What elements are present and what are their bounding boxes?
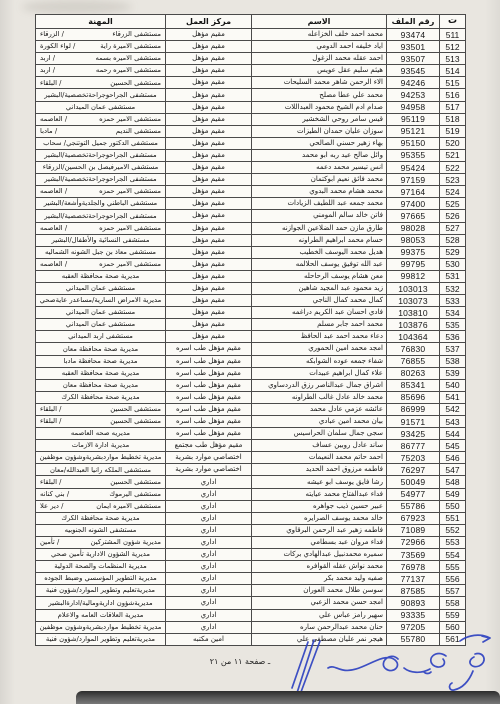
cell-name: معن هشام يوسف الرحاحله [252,270,387,282]
cell-file-number: 76978 [387,561,440,573]
table-row: 55993335سهير رامز عباس علياداريمديرية ال… [36,609,466,621]
cell-profession: مديريةتعليم وتطوير الموارد/شؤون فنية [36,585,166,597]
cell-serial: 544 [440,428,466,440]
table-row: 54586777ساند عادل روبين عسافمقيم مؤهل طب… [36,440,466,452]
table-row: 55271089فاطمه زهير عبد الرحمن البرقاوياد… [36,524,466,536]
cell-name: دعاء محمد احمد عبد الحافظ [252,331,387,343]
cell-profession: مستشفى عمان الميداني [36,307,166,319]
cell-serial: 515 [440,77,466,89]
cell-profession: مستشفى الشونه الجنوبيه [36,524,166,536]
cell-file-number: 67923 [387,512,440,524]
cell-work-center: مقيم مؤهل [166,149,252,161]
cell-profession: مستشفى النسائية والأطفال/البشير [36,234,166,246]
table-row: 533103073كمال محمد كمال الناجيمقيم مؤهلم… [36,295,466,307]
cell-work-center: اداري [166,524,252,536]
cell-file-number: 54977 [387,488,440,500]
cell-serial: 523 [440,174,466,186]
cell-serial: 547 [440,464,466,476]
cell-file-number: 93474 [387,29,440,41]
cell-file-number: 95424 [387,162,440,174]
cell-file-number: 86777 [387,440,440,452]
cell-file-number: 99375 [387,246,440,258]
cell-name: هديل محمد اليوسف الخطيب [252,246,387,258]
cell-work-center: مقيم مؤهل [166,65,252,77]
cell-work-center: اداري [166,512,252,524]
header-serial: ت [440,15,466,29]
cell-profession: مستشفى النديم/ مادبا [36,125,166,137]
cell-serial: 525 [440,198,466,210]
cell-work-center: اداري [166,609,252,621]
cell-work-center: مقيم مؤهل [166,29,252,41]
cell-profession: مديرية صحة محافظة العقبه [36,367,166,379]
cell-name: محمد هشام محمد البدوي [252,186,387,198]
cell-profession: مديرية صحة محافظة معان [36,343,166,355]
table-row: 52697665فاتن خالد سالم المومنيمقيم مؤهلم… [36,210,466,222]
cell-file-number: 97665 [387,210,440,222]
cell-name: اشراق جمال عبدالناصر رزق الدردساوي [252,379,387,391]
cell-profession: مستشفى عمان الميداني [36,319,166,331]
cell-profession: مستشفى معاذ بن جبل الشونه الشماليه [36,246,166,258]
cell-work-center: مقيم مؤهل طب اسره [166,367,252,379]
cell-file-number: 73569 [387,549,440,561]
cell-file-number: 86999 [387,403,440,415]
cell-name: هيثم سليم عقل عويس [252,65,387,77]
cell-name: صفيه وليد محمد بكر [252,573,387,585]
cell-serial: 517 [440,101,466,113]
cell-file-number: 97400 [387,198,440,210]
cell-profession: مديرية تخطيط مواردبشريةوشؤون موظفين [36,452,166,464]
cell-name: محمد جمعه عبد اللطيف الزيادات [252,198,387,210]
cell-work-center: مقيم مؤهل طب مجتمع [166,440,252,452]
cell-profession: مستشفى الحسين/ البلقاء [36,77,166,89]
cell-serial: 519 [440,125,466,137]
cell-profession: مستشفى الزرقاء/ الزرقاء [36,29,166,41]
cell-profession: مستشفى الحسين/ البلقاء [36,416,166,428]
cell-file-number: 93335 [387,609,440,621]
table-row: 54675203احمد حاتم محمد النعيماتاختصاصي م… [36,452,466,464]
cell-work-center: مقيم مؤهل [166,162,252,174]
cell-work-center: مقيم مؤهل [166,198,252,210]
table-row: 52397159محمد فائق نعيم ابوكتمانمقيم مؤهل… [36,174,466,186]
cell-work-center: مقيم مؤهل [166,77,252,89]
table-body: 51193474محمد احمد خلف الخزاعلهمقيم مؤهلم… [36,29,466,646]
cell-profession: مديرية صحة محافظة الكرك [36,512,166,524]
table-row: 55372966فداء مروان عبد بسطامياداريمديرية… [36,536,466,548]
cell-name: محمد احمد جابر مسلم [252,319,387,331]
cell-serial: 529 [440,246,466,258]
cell-serial: 518 [440,113,466,125]
cell-profession: مديرية شؤون المشتركين/ تأمين [36,536,166,548]
cell-serial: 513 [440,53,466,65]
cell-file-number: 85341 [387,379,440,391]
cell-profession: مديرية الامراض السارية/مساعدر عايةصحي [36,295,166,307]
cell-name: قيس سامر روحي الشخشير [252,113,387,125]
cell-work-center: امين مكتبه [166,633,252,645]
cell-serial: 534 [440,307,466,319]
cell-work-center: مقيم مؤهل [166,222,252,234]
cell-work-center: مقيم مؤهل طب اسره [166,355,252,367]
cell-name: كمال محمد كمال الناجي [252,295,387,307]
table-row: 52095150بهاء زهير حسني الصالحيمقيم مؤهلم… [36,137,466,149]
cell-serial: 521 [440,149,466,161]
scanned-document-page: ت رقم الملف الاسم مركز العمل المهنة 5119… [0,0,500,704]
cell-name: طارق مازن حمد الضلاعين الجوازنه [252,222,387,234]
cell-name: سوسن طلال محمد العوران [252,585,387,597]
cell-file-number: 97159 [387,174,440,186]
cell-serial: 524 [440,186,466,198]
cell-name: ساند عادل روبين عساف [252,440,387,452]
cell-work-center: مقيم مؤهل طب اسره [166,428,252,440]
cell-name: زيد محمود عبد المجيد شاهين [252,282,387,294]
cell-work-center: مقيم مؤهل [166,331,252,343]
cell-name: صدام ادم الشيخ محمود العبداللات [252,101,387,113]
cell-serial: 546 [440,452,466,464]
cell-work-center: مقيم مؤهل [166,234,252,246]
cell-file-number: 104364 [387,331,440,343]
cell-name: احمد حاتم محمد النعيمات [252,452,387,464]
cell-name: محمد فائق نعيم ابوكتمان [252,174,387,186]
table-row: 532103013زيد محمود عبد المجيد شاهينمقيم … [36,282,466,294]
cell-profession: مديرية الشؤون الادارية تأمين صحي [36,549,166,561]
table-row: 55055786عبير حسين ذيب جواهرهاداريمستشفى … [36,500,466,512]
cell-work-center: مقيم مؤهل طب اسره [166,403,252,415]
cell-profession: مستشفى الاميرة راية/ لواء الكورة [36,41,166,53]
cell-profession: مديريةشؤون اداريةومالية/ادارةالبشير [36,597,166,609]
cell-file-number: 99795 [387,258,440,270]
cell-name: عبد الله توفيق يوسف الحلالمه [252,258,387,270]
cell-work-center: مقيم مؤهل [166,137,252,149]
header-work-center: مركز العمل [166,15,252,29]
table-row: 51694253محمد علي عطا مصلحمقيم مؤهلمستشفى… [36,89,466,101]
cell-serial: 520 [440,137,466,149]
cell-serial: 532 [440,282,466,294]
cell-work-center: مقيم مؤهل [166,295,252,307]
cell-work-center: اداري [166,561,252,573]
cell-work-center: اختصاصي موارد بشرية [166,464,252,476]
cell-work-center: اداري [166,500,252,512]
header-file-number: رقم الملف [387,15,440,29]
cell-profession: مستشفى الحسين/ البلقاء [36,403,166,415]
cell-work-center: مقيم مؤهل طب اسره [166,343,252,355]
cell-serial: 549 [440,488,466,500]
cell-serial: 551 [440,512,466,524]
table-row: 52898053حسام محمد ابراهيم الطراونهمقيم م… [36,234,466,246]
cell-file-number: 55786 [387,500,440,512]
cell-work-center: اداري [166,621,252,633]
cell-name: سجى جمال سلمان الحراسيس [252,428,387,440]
table-row: 54850049رشا فايق يوسف ابو عيشهاداريمستشف… [36,476,466,488]
cell-serial: 548 [440,476,466,488]
cell-file-number: 76830 [387,343,440,355]
table-row: 54954977فداء عبدالفتاح محمد عيايتهاداريم… [36,488,466,500]
cell-profession: مديرية صحة محافظة مادبا [36,355,166,367]
table-row: 536104364دعاء محمد احمد عبد الحافظمقيم م… [36,331,466,343]
table-row: 53199812معن هشام يوسف الرحاحلهمقيم مؤهلم… [36,270,466,282]
cell-profession: مستشفى الدكتور جميل التوتنجي/ سحاب [36,137,166,149]
cell-profession: مديرية تخطيط مواردبشريةوشؤون موظفين [36,621,166,633]
cell-name: محمد احمد خلف الخزاعله [252,29,387,41]
cell-profession: مستشفى الحسين/ البلقاء [36,476,166,488]
cell-work-center: مقيم مؤهل [166,174,252,186]
table-row: 51895119قيس سامر روحي الشخشيرمقيم مؤهلمس… [36,113,466,125]
cell-profession: مستشفى الاميره بسمه/ اربد [36,53,166,65]
cell-profession: مستشفى الجراحوجراحةتخصصية/البشير [36,174,166,186]
cell-serial: 550 [440,500,466,512]
cell-file-number: 103013 [387,282,440,294]
cell-profession: مديريةتعليم وتطوير الموارد/شؤون فنية [36,633,166,645]
cell-serial: 539 [440,367,466,379]
table-row: 53980263علاء كمال ابراهيم عبيداتمقيم مؤه… [36,367,466,379]
cell-serial: 516 [440,89,466,101]
table-row: 54776297فاطمه مرزوق احمد الحديداختصاصي م… [36,464,466,476]
cell-profession: مستشفى الباطني والجلديةوأشعة/البشير [36,198,166,210]
cell-file-number: 50049 [387,476,440,488]
cell-serial: 540 [440,379,466,391]
cell-profession: مستشفى الامير حمزه/ العاصمه [36,113,166,125]
cell-name: فاطمه مرزوق احمد الحديد [252,464,387,476]
cell-serial: 555 [440,561,466,573]
cell-profession: مستشفى عمان الميداني [36,282,166,294]
cell-serial: 533 [440,295,466,307]
cell-name: بيان محمد امين عبادي [252,416,387,428]
cell-work-center: مقيم مؤهل [166,89,252,101]
table-row: 53876855شفاء جمعه عوده الشوابكهمقيم مؤهل… [36,355,466,367]
cell-serial: 512 [440,41,466,53]
table-header-row: ت رقم الملف الاسم مركز العمل المهنة [36,15,466,29]
cell-serial: 511 [440,29,466,41]
cell-serial: 554 [440,549,466,561]
cell-work-center: مقيم مؤهل [166,319,252,331]
cell-name: اياد خليفه احمد الدومي [252,41,387,53]
cell-work-center: اداري [166,476,252,488]
scan-edge-bar [76,691,500,704]
table-row: 55576978محمد نواش عقله القوافرهاداريمدير… [36,561,466,573]
cell-file-number: 97164 [387,186,440,198]
cell-file-number: 77137 [387,573,440,585]
cell-work-center: مقيم مؤهل طب اسره [166,416,252,428]
cell-profession: مستشفى اليرموك/ بني كنانه [36,488,166,500]
cell-file-number: 76855 [387,355,440,367]
cell-work-center: اداري [166,573,252,585]
cell-serial: 553 [440,536,466,548]
table-row: 51193474محمد احمد خلف الخزاعلهمقيم مؤهلم… [36,29,466,41]
cell-profession: مستشفى الامير حمزه/ العاصمه [36,186,166,198]
cell-serial: 530 [440,258,466,270]
cell-profession: مستشفى الاميره ايمان/ دير علا [36,500,166,512]
table-row: 51995121سوزان عليان حمدان الطيزاتمقيم مؤ… [36,125,466,137]
cell-name: فادي احسان عبد الكريم دراغمه [252,307,387,319]
cell-profession: مستشفى الامير حمزه/ العاصمه [36,258,166,270]
cell-name: محمد علي عطا مصلح [252,89,387,101]
cell-file-number: 103876 [387,319,440,331]
cell-work-center: مقيم مؤهل [166,101,252,113]
cell-work-center: اداري [166,585,252,597]
cell-work-center: مقيم مؤهل طب اسره [166,391,252,403]
cell-serial: 528 [440,234,466,246]
cell-work-center: مقيم مؤهل [166,246,252,258]
cell-name: سميره محمدنبيل عبدالهادي بركات [252,549,387,561]
cell-name: سوزان عليان حمدان الطيزات [252,125,387,137]
cell-serial: 543 [440,416,466,428]
table-row: 52295424انس تيسير محمد دعمهمقيم مؤهلمستش… [36,162,466,174]
cell-serial: 526 [440,210,466,222]
cell-file-number: 93545 [387,65,440,77]
cell-name: خالد محمد يوسف الصرايره [252,512,387,524]
table-row: 52597400محمد جمعه عبد اللطيف الزياداتمقي… [36,198,466,210]
cell-file-number: 103810 [387,307,440,319]
cell-file-number: 94958 [387,101,440,113]
cell-file-number: 94253 [387,89,440,101]
cell-profession: مديرية صحة محافظة معان [36,379,166,391]
cell-file-number: 75203 [387,452,440,464]
table-row: 51594246الاء الرحمن شاهر محمد السليحاتمق… [36,77,466,89]
cell-file-number: 87585 [387,585,440,597]
cell-name: رشا فايق يوسف ابو عيشه [252,476,387,488]
cell-file-number: 85696 [387,391,440,403]
cell-name: امجد حسن محمد الزعبي [252,597,387,609]
cell-file-number: 98028 [387,222,440,234]
cell-profession: مديرية العلاقات العامه والاعلام [36,609,166,621]
cell-serial: 537 [440,343,466,355]
cell-work-center: اداري [166,597,252,609]
header-profession: المهنة [36,15,166,29]
cell-serial: 557 [440,585,466,597]
cell-name: حسام محمد ابراهيم الطراونه [252,234,387,246]
cell-file-number: 93501 [387,41,440,53]
table-row: 55890893امجد حسن محمد الزعبياداريمديريةش… [36,597,466,609]
table-row: 51794958صدام ادم الشيخ محمود العبداللاتم… [36,101,466,113]
cell-name: الاء الرحمن شاهر محمد السليحات [252,77,387,89]
cell-work-center: مقيم مؤهل [166,282,252,294]
cell-serial: 542 [440,403,466,415]
cell-name: احمد عقله محمد الزغول [252,53,387,65]
cell-profession: مستشفى الملكه رانيا العبدالله/معان [36,464,166,476]
cell-name: انس تيسير محمد دعمه [252,162,387,174]
cell-serial: 545 [440,440,466,452]
cell-name: فداء مروان عبد بسطامي [252,536,387,548]
cell-name: سهير رامز عباس علي [252,609,387,621]
cell-serial: 535 [440,319,466,331]
cell-work-center: مقيم مؤهل [166,125,252,137]
cell-file-number: 72966 [387,536,440,548]
cell-work-center: اداري [166,536,252,548]
cell-serial: 556 [440,573,466,585]
table-row: 54085341اشراق جمال عبدالناصر رزق الدردسا… [36,379,466,391]
cell-profession: مديرية صحة محافظة الكرك [36,391,166,403]
cell-file-number: 98053 [387,234,440,246]
cell-name: شفاء جمعه عوده الشوابكه [252,355,387,367]
table-row: 55167923خالد محمد يوسف الصرايرهاداريمدير… [36,512,466,524]
scan-smudge [22,0,132,14]
table-row: 51393507احمد عقله محمد الزغولمقيم مؤهلمس… [36,53,466,65]
table-row: 52798028طارق مازن حمد الضلاعين الجوازنهم… [36,222,466,234]
cell-name: بهاء زهير حسني الصالحي [252,137,387,149]
cell-file-number: 80263 [387,367,440,379]
header-name: الاسم [252,15,387,29]
table-row: 55677137صفيه وليد محمد بكراداريمديرية ال… [36,573,466,585]
cell-file-number: 95150 [387,137,440,149]
cell-serial: 552 [440,524,466,536]
table-row: 54493425سجى جمال سلمان الحراسيسمقيم مؤهل… [36,428,466,440]
table-row: 54286999عائشه عزمي عادل محمدمقيم مؤهل طب… [36,403,466,415]
cell-profession: مديرية صحة محافظة العقبه [36,270,166,282]
table-row: 52497164محمد هشام محمد البدويمقيم مؤهلمس… [36,186,466,198]
cell-profession: مستشفى عمان الميداني [36,101,166,113]
cell-name: عائشه عزمي عادل محمد [252,403,387,415]
cell-name: عبير حسين ذيب جواهره [252,500,387,512]
cell-work-center: مقيم مؤهل [166,41,252,53]
cell-file-number: 76297 [387,464,440,476]
table-row: 51493545هيثم سليم عقل عويسمقيم مؤهلمستشف… [36,65,466,77]
cell-name: فاتن خالد سالم المومني [252,210,387,222]
table-row: 55787585سوسن طلال محمد العوراناداريمديري… [36,585,466,597]
cell-work-center: مقيم مؤهل [166,307,252,319]
cell-serial: 559 [440,609,466,621]
employee-table: ت رقم الملف الاسم مركز العمل المهنة 5119… [35,14,466,646]
cell-work-center: مقيم مؤهل [166,270,252,282]
cell-file-number: 93507 [387,53,440,65]
cell-work-center: مقيم مؤهل [166,258,252,270]
cell-work-center: اداري [166,549,252,561]
cell-file-number: 90893 [387,597,440,609]
table-row: 53776830امجد محمد امين الحموريمقيم مؤهل … [36,343,466,355]
cell-profession: مديرية المنظمات والصحة الدولية [36,561,166,573]
cell-file-number: 91571 [387,416,440,428]
cell-profession: مديريه صحه العاصمه [36,428,166,440]
cell-name: امجد محمد امين الحموري [252,343,387,355]
cell-serial: 527 [440,222,466,234]
table-row: 52195355وائل صالح عيد ربه ابو محمدمقيم م… [36,149,466,161]
cell-profession: مستشفى الامير حمزه/ العاصمه [36,222,166,234]
cell-work-center: مقيم مؤهل [166,210,252,222]
cell-name: علاء كمال ابراهيم عبيدات [252,367,387,379]
cell-profession: مستشفى الجراحوجراحةتخصصية/البشير [36,89,166,101]
cell-serial: 536 [440,331,466,343]
cell-profession: مديرية ادارة الازمات [36,440,166,452]
table-row: 535103876محمد احمد جابر مسلممقيم مؤهلمست… [36,319,466,331]
cell-work-center: مقيم مؤهل طب اسره [166,379,252,391]
cell-work-center: مقيم مؤهل [166,113,252,125]
table-row: 55473569سميره محمدنبيل عبدالهادي بركاتاد… [36,549,466,561]
cell-file-number: 95119 [387,113,440,125]
table-row: 534103810فادي احسان عبد الكريم دراغمهمقي… [36,307,466,319]
cell-serial: 522 [440,162,466,174]
cell-name: فداء عبدالفتاح محمد عيايته [252,488,387,500]
cell-serial: 541 [440,391,466,403]
cell-file-number: 99812 [387,270,440,282]
cell-file-number: 95121 [387,125,440,137]
cell-name: محمد نواش عقله القوافره [252,561,387,573]
cell-serial: 531 [440,270,466,282]
cell-profession: مستشفى اربد الميداني [36,331,166,343]
table-row: 53099795عبد الله توفيق يوسف الحلالمهمقيم… [36,258,466,270]
cell-file-number: 71089 [387,524,440,536]
cell-profession: مديرية التطوير المؤسسي وضبط الجوده [36,573,166,585]
cell-profession: مستشفى الاميرفيصل بن الحسين/الزرقاء [36,162,166,174]
cell-serial: 538 [440,355,466,367]
cell-profession: مستشفى الاميره رحمه/ اربد [36,65,166,77]
cell-name: وائل صالح عيد ربه ابو محمد [252,149,387,161]
cell-file-number: 103073 [387,295,440,307]
cell-work-center: اداري [166,488,252,500]
cell-profession: مستشفى الجراحوجراحةتخصصية/البشير [36,149,166,161]
cell-file-number: 94246 [387,77,440,89]
table-row: 54391571بيان محمد امين عباديمقيم مؤهل طب… [36,416,466,428]
cell-profession: مستشفى الجراحوجراحةتخصصية/البشير [36,210,166,222]
cell-serial: 558 [440,597,466,609]
cell-work-center: اختصاصي موارد بشرية [166,452,252,464]
table-row: 51293501اياد خليفه احمد الدوميمقيم مؤهلم… [36,41,466,53]
